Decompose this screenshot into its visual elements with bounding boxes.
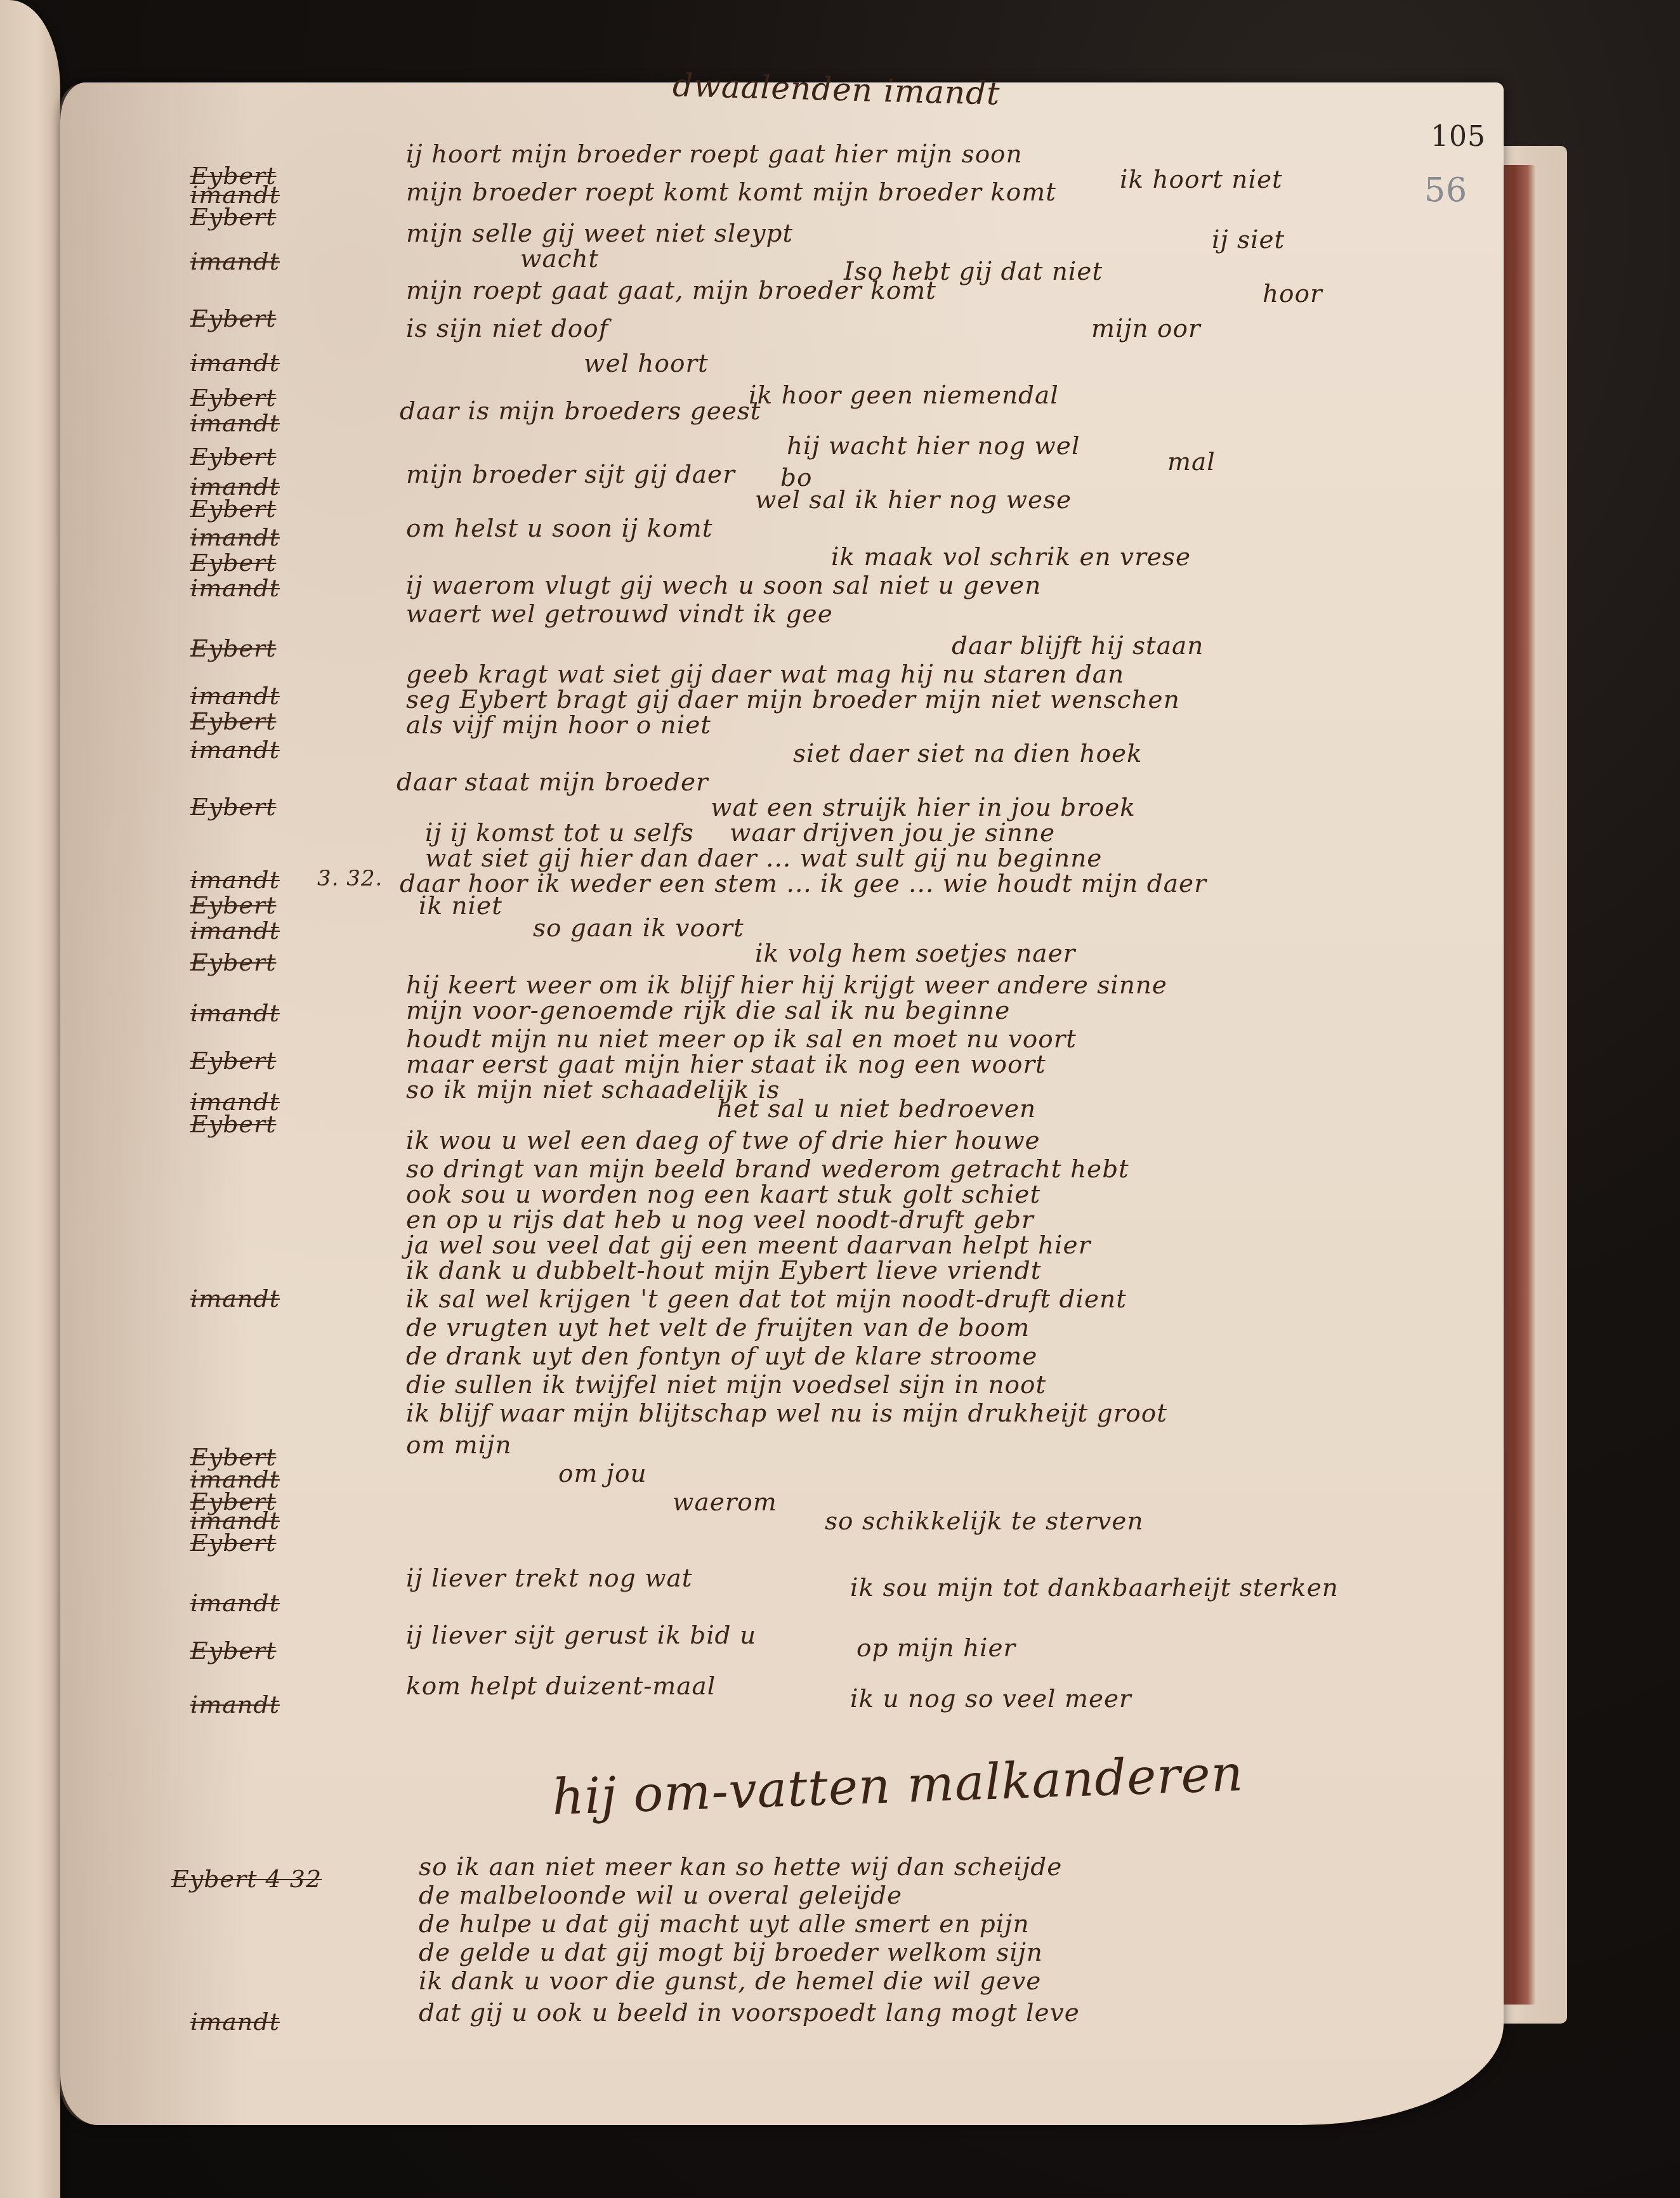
text-line: daar staat mijn broeder — [397, 768, 709, 797]
text-line: de drank uyt den fontyn of uyt de klare … — [406, 1342, 1037, 1371]
text-line: ik sal wel krijgen 't geen dat tot mijn … — [406, 1285, 1127, 1314]
text-line: die sullen ik twijfel niet mijn voedsel … — [406, 1371, 1046, 1399]
text-line: om mijn — [406, 1431, 512, 1460]
page-title: dwaalenden imandt — [672, 67, 1001, 112]
speaker-label: imandt — [190, 1691, 280, 1718]
text-line: wat een struijk hier in jou broek — [711, 794, 1136, 822]
text-line: waert wel getrouwd vindt ik gee — [406, 600, 833, 629]
text-line: geeb kragt wat siet gij daer wat mag hij… — [406, 660, 1124, 689]
margin-note: 3. 32. — [317, 866, 383, 891]
text-line: om helst u soon ij komt — [406, 514, 712, 543]
text-line: ij ij komst tot u selfs — [425, 819, 694, 847]
text-line: hij wacht hier nog wel — [787, 432, 1080, 461]
text-line: ij hoort mijn broeder roept gaat hier mi… — [406, 140, 1023, 169]
text-line: so schikkelijk te sterven — [825, 1507, 1144, 1536]
section-heading: hij om-vatten malkanderen — [551, 1745, 1245, 1826]
speaker-label: Eybert — [190, 891, 276, 919]
text-line: maar eerst gaat mijn hier staat ik nog e… — [406, 1050, 1046, 1079]
text-line: hij keert weer om ik blijf hier hij krij… — [406, 971, 1167, 1000]
text-line: daar blijft hij staan — [952, 632, 1204, 660]
speaker-label: imandt — [190, 247, 280, 275]
text-line: daar hoor ik weder een stem ... ik gee .… — [400, 870, 1207, 898]
text-line: de malbeloonde wil u overal geleijde — [419, 1881, 902, 1910]
speaker-label: imandt — [190, 523, 280, 551]
text-line: als vijf mijn hoor o niet — [406, 711, 711, 740]
text-line: kom helpt duizent-maal — [406, 1672, 716, 1701]
speaker-label: imandt — [190, 682, 280, 710]
text-line: ik maak vol schrik en vrese — [831, 543, 1191, 572]
speaker-label: imandt — [190, 1589, 280, 1617]
speaker-label: Eybert — [190, 443, 276, 471]
text-line: ook sou u worden nog een kaart stuk golt… — [406, 1181, 1040, 1209]
text-line: ik niet — [419, 892, 502, 920]
text-line: waar drijven jou je sinne — [730, 819, 1055, 847]
text-line: wat siet gij hier dan daer ... wat sult … — [425, 844, 1102, 873]
text-line: mijn roept gaat gaat, mijn broeder komt — [406, 277, 936, 305]
text-line: ik dank u dubbelt-hout mijn Eybert lieve… — [406, 1257, 1041, 1285]
text-line: ja wel sou veel dat gij een meent daarva… — [406, 1231, 1091, 1260]
text-line: ik hoor geen niemendal — [749, 381, 1059, 410]
text-line: mal — [1167, 448, 1216, 476]
text-line: de gelde u dat gij mogt bij broeder welk… — [419, 1939, 1043, 1967]
text-line: houdt mijn nu niet meer op ik sal en moe… — [406, 1025, 1077, 1054]
text-line: ik hoort niet — [1120, 166, 1283, 194]
text-line: ik u nog so veel meer — [850, 1685, 1132, 1713]
speaker-label: Eybert — [190, 1110, 276, 1138]
speaker-label: Eybert — [190, 1047, 276, 1075]
speaker-label: Eybert — [190, 304, 276, 332]
speaker-label: Eybert — [190, 1529, 276, 1557]
text-line: ik blijf waar mijn blijtschap wel nu is … — [406, 1399, 1167, 1428]
speaker-label: imandt — [190, 866, 280, 894]
speaker-label: Eybert — [190, 495, 276, 523]
speaker-label: Eybert — [190, 948, 276, 976]
speaker-label: Eybert — [190, 634, 276, 662]
text-line: wel hoort — [584, 350, 709, 378]
speaker-label: imandt — [190, 1285, 280, 1312]
speaker-label: Eybert — [190, 707, 276, 735]
text-line: ik volg hem soetjes naer — [755, 939, 1075, 968]
text-line: mijn broeder sijt gij daer — [406, 461, 735, 489]
text-line: siet daer siet na dien hoek — [793, 740, 1143, 768]
folio-number-pencil: 56 — [1424, 171, 1467, 209]
text-line: hoor — [1263, 280, 1323, 308]
text-line: wel sal ik hier nog wese — [755, 486, 1072, 514]
text-line: mijn voor-genoemde rijk die sal ik nu be… — [406, 997, 1010, 1025]
text-line: is sijn niet doof — [406, 315, 608, 343]
text-line: om jou — [558, 1460, 647, 1488]
text-line: ik wou u wel een daeg of twe of drie hie… — [406, 1127, 1040, 1155]
text-line: so dringt van mijn beeld brand wederom g… — [406, 1155, 1129, 1184]
text-line: de vrugten uyt het velt de fruijten van … — [406, 1314, 1030, 1342]
text-line: mijn oor — [1091, 315, 1201, 343]
text-line: so ik aan niet meer kan so hette wij dan… — [419, 1853, 1062, 1881]
manuscript-text-layer: dwaalenden imandt 105 56 hij om-vatten m… — [0, 0, 1680, 2198]
speaker-label: imandt — [190, 917, 280, 945]
text-line: de hulpe u dat gij macht uyt alle smert … — [419, 1910, 1030, 1939]
text-line: het sal u niet bedroeven — [717, 1095, 1036, 1123]
speaker-label: Eybert 4 32 — [171, 1865, 322, 1893]
text-line: mijn selle gij weet niet sleypt — [406, 219, 793, 248]
speaker-label: imandt — [190, 2008, 280, 2036]
speaker-label: Eybert — [190, 1637, 276, 1665]
speaker-label: imandt — [190, 574, 280, 602]
speaker-label: imandt — [190, 349, 280, 377]
speaker-label: Eybert — [190, 549, 276, 577]
text-line: op mijn hier — [856, 1634, 1016, 1663]
text-line: seg Eybert bragt gij daer mijn broeder m… — [406, 686, 1180, 714]
text-line: waerom — [673, 1488, 777, 1517]
speaker-label: Eybert — [190, 793, 276, 821]
speaker-label: Eybert — [190, 203, 276, 231]
text-line: ik dank u voor die gunst, de hemel die w… — [419, 1967, 1041, 1996]
text-line: daar is mijn broeders geest — [400, 397, 761, 426]
speaker-label: Eybert — [190, 384, 276, 412]
speaker-label: imandt — [190, 736, 280, 764]
speaker-label: imandt — [190, 409, 280, 437]
folio-number: 105 — [1431, 121, 1486, 153]
text-line: so gaan ik voort — [533, 914, 744, 943]
text-line: wacht — [520, 245, 599, 273]
text-line: ij liever trekt nog wat — [406, 1564, 693, 1593]
text-line: ik sou mijn tot dankbaarheijt sterken — [850, 1574, 1339, 1602]
text-line: ij siet — [1212, 226, 1285, 254]
text-line: ij waerom vlugt gij wech u soon sal niet… — [406, 572, 1041, 600]
text-line: ij liever sijt gerust ik bid u — [406, 1621, 756, 1650]
text-line: en op u rijs dat heb u nog veel noodt-dr… — [406, 1206, 1034, 1234]
text-line: mijn broeder roept komt komt mijn broede… — [406, 178, 1056, 207]
speaker-label: imandt — [190, 999, 280, 1027]
text-line: dat gij u ook u beeld in voorspoedt lang… — [419, 1999, 1080, 2027]
